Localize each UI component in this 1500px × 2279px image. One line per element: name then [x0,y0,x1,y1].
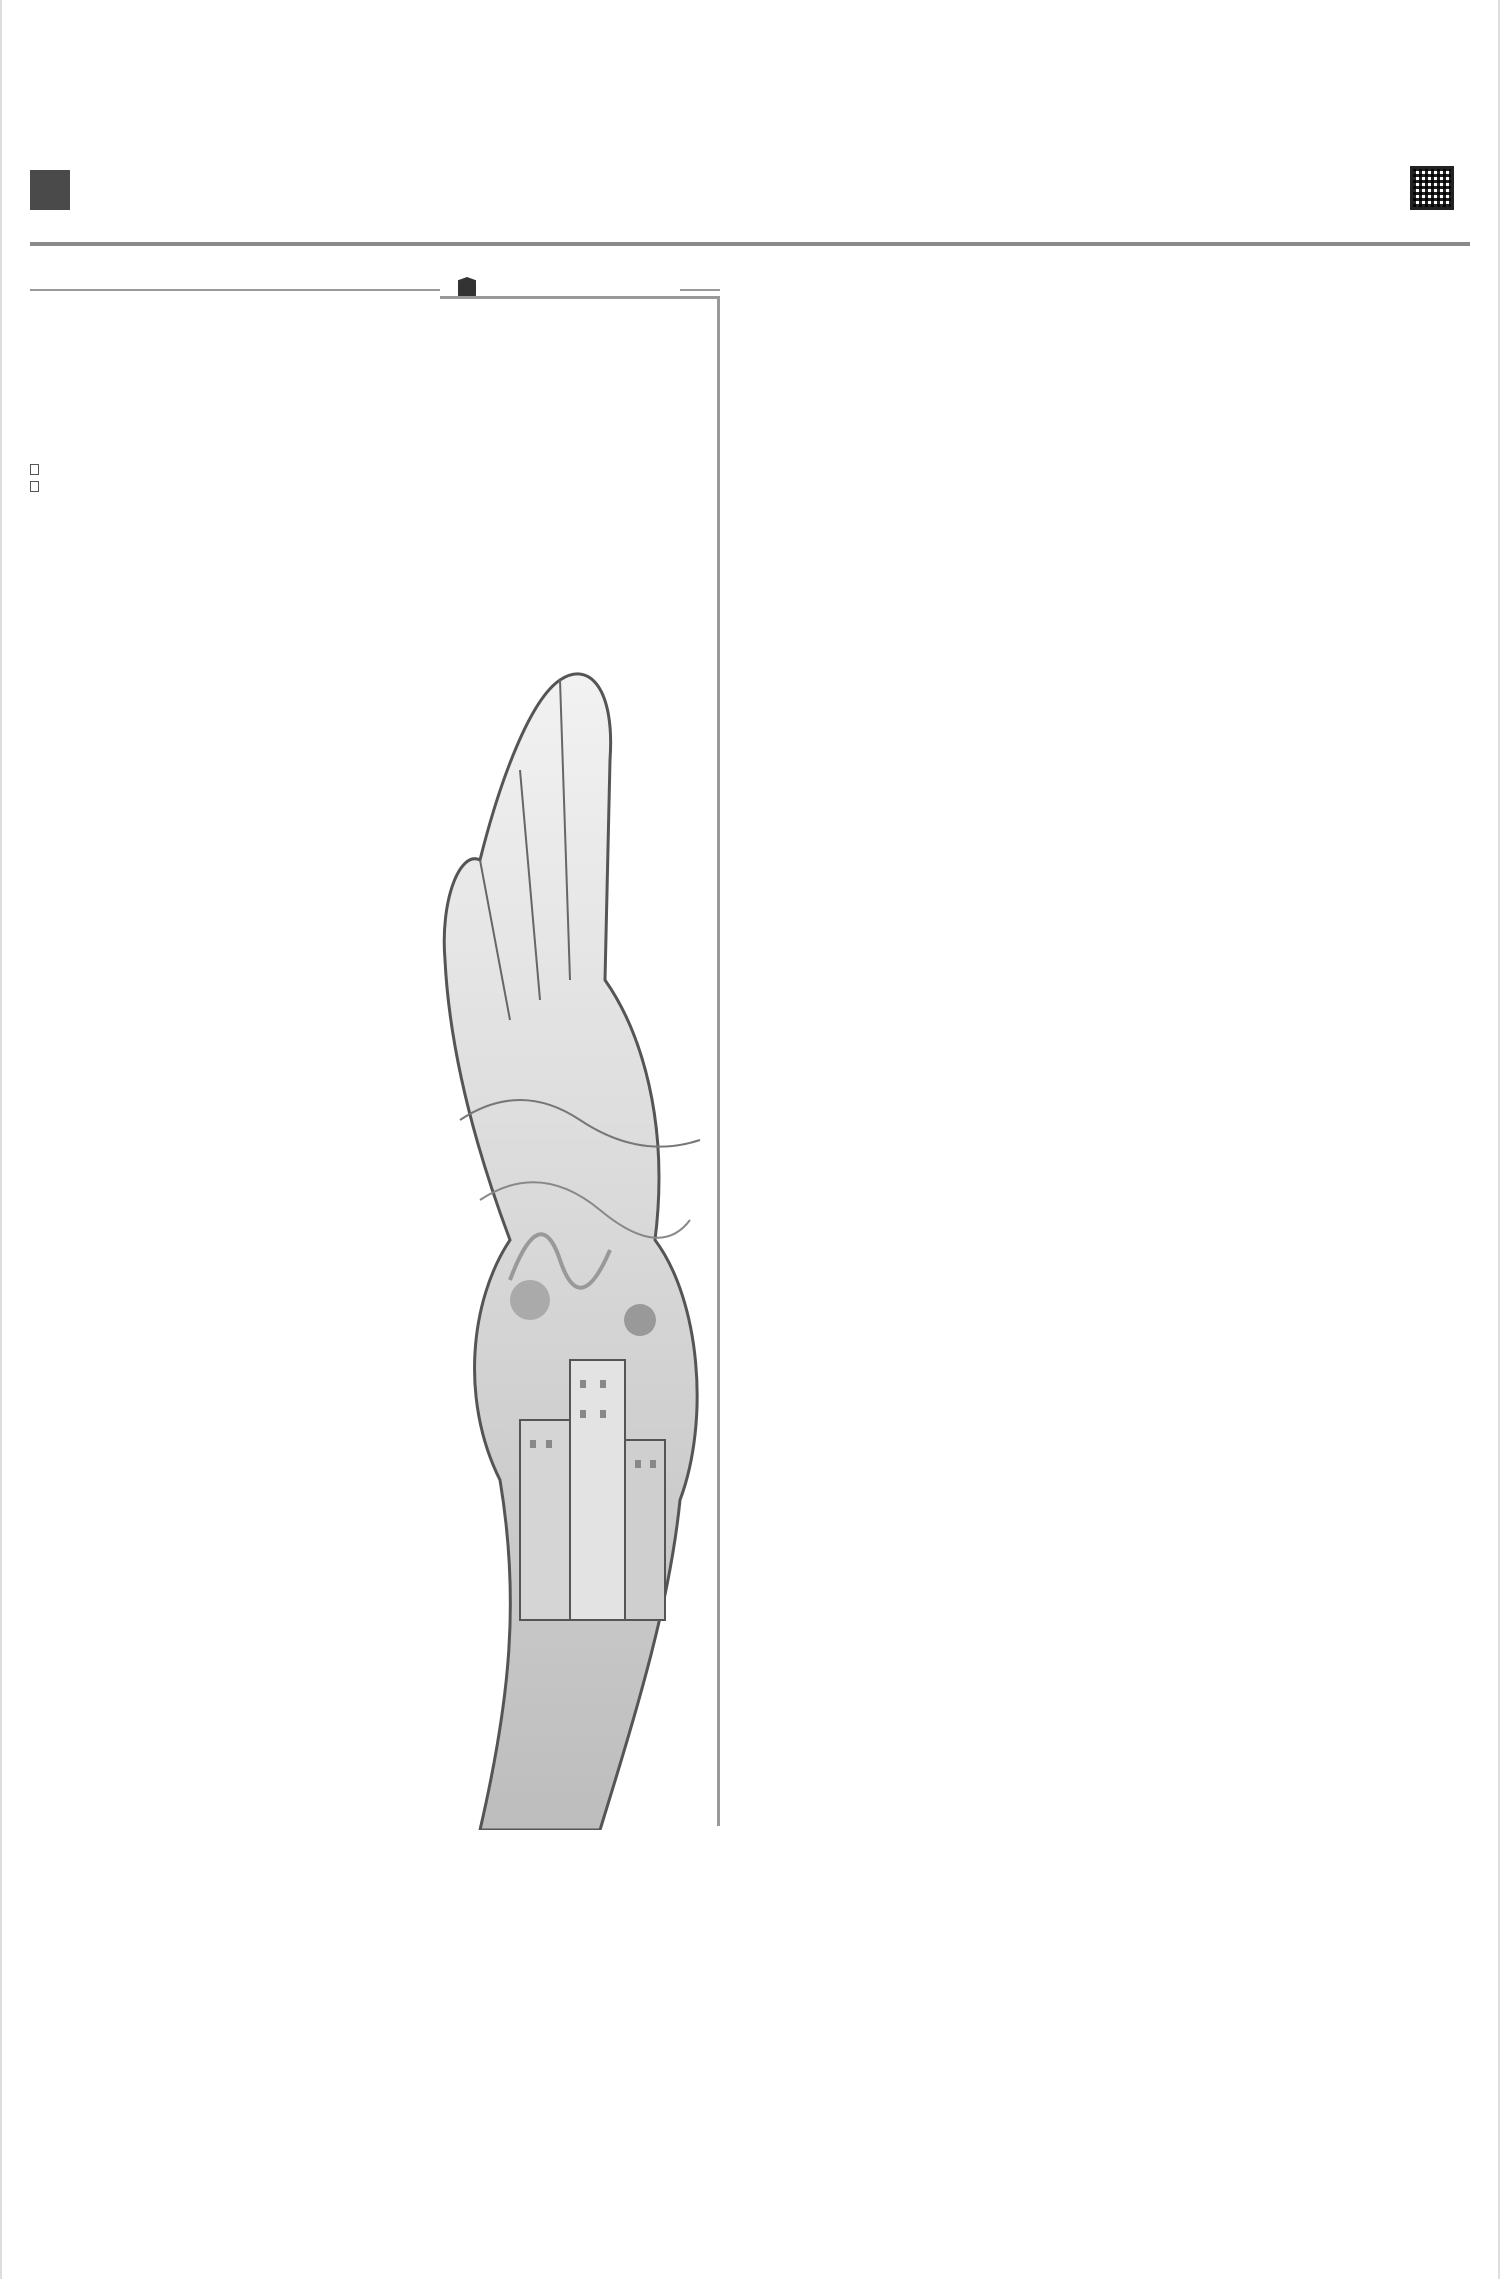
hand-illustration [440,600,720,1830]
qr-code-icon [1410,166,1454,210]
article1-bylines [30,462,43,496]
article1-col1 [30,507,266,839]
square-bullet-icon [30,481,39,492]
byline-reporter [30,462,43,479]
square-bullet-icon [30,464,39,475]
byline-correspondent [30,479,43,496]
tag-rule-right [680,289,720,291]
page-number [30,170,70,210]
tag-rule-left [30,289,440,291]
page-frame [0,0,1500,2279]
masthead-rule [30,242,1470,246]
